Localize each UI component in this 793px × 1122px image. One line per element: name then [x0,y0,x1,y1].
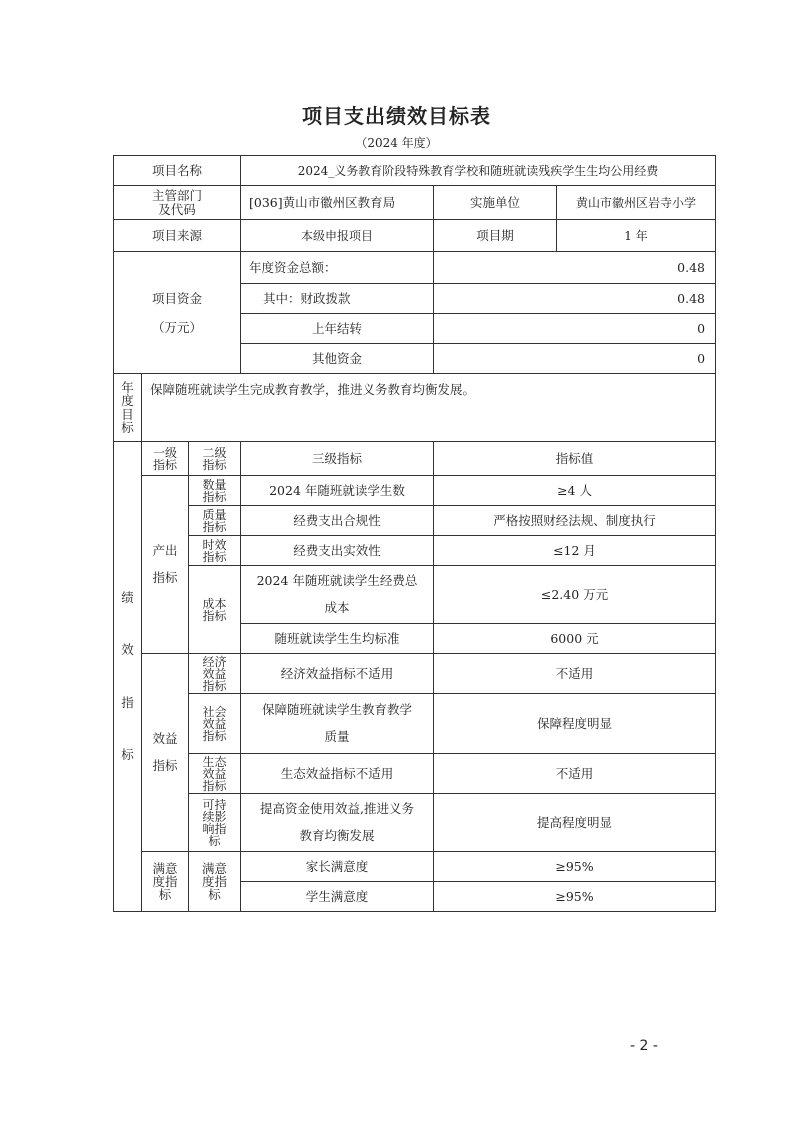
funds-row-label: 上年结转 [241,314,434,344]
impl-value: 黄山市徽州区岩寺小学 [557,186,716,220]
value-cell: 严格按照财经法规、制度执行 [434,506,716,536]
l3-cell: 家长满意度 [241,852,434,882]
l3-cell: 经费支出实效性 [241,536,434,566]
value-cell: 不适用 [434,754,716,794]
period-label: 项目期 [434,220,557,252]
value-cell: ≤12 月 [434,536,716,566]
funds-label: 项目资金 （万元） [114,252,241,374]
funds-label-line2: （万元） [117,320,237,335]
l3-cell: 经济效益指标不适用 [241,654,434,694]
l2-quantity: 数量指标 [189,476,241,506]
value-cell: 保障程度明显 [434,694,716,754]
funds-row-label: 年度资金总额： [241,252,434,284]
value-cell: ≥95% [434,852,716,882]
l3-cell: 2024 年随班就读学生数 [241,476,434,506]
document-subtitle: （2024 年度） [0,134,793,151]
output-indicator-label: 产出指标 [142,476,189,654]
impl-label: 实施单位 [434,186,557,220]
goal-text: 保障随班就读学生完成教育教学，推进义务教育均衡发展。 [142,374,716,442]
document-title: 项目支出绩效目标表 [0,100,793,129]
funds-row-label: 其中：财政拨款 [241,284,434,314]
header-l1: 一级指标 [142,442,189,476]
benefit-indicator-label: 效益指标 [142,654,189,852]
value-cell: 6000 元 [434,624,716,654]
satisfaction-indicator-label: 满意度指标 [142,852,189,912]
l3-cell: 学生满意度 [241,882,434,912]
l2-ecological: 生态效益指标 [189,754,241,794]
l2-timeliness: 时效指标 [189,536,241,566]
header-l3: 三级指标 [241,442,434,476]
value-cell: ≤2.40 万元 [434,566,716,624]
goal-label: 年度目标 [114,374,142,442]
project-name-value: 2024_义务教育阶段特殊教育学校和随班就读残疾学生生均公用经费 [241,156,716,186]
l3-cell: 提高资金使用效益,推进义务教育均衡发展 [241,794,434,852]
l3-cell: 2024 年随班就读学生经费总成本 [241,566,434,624]
l2-quality: 质量指标 [189,506,241,536]
header-value: 指标值 [434,442,716,476]
funds-label-line1: 项目资金 [117,291,237,306]
funds-row-value: 0 [434,314,716,344]
l3-cell: 生态效益指标不适用 [241,754,434,794]
dept-value: [036]黄山市徽州区教育局 [241,186,434,220]
value-cell: 提高程度明显 [434,794,716,852]
l3-cell: 随班就读学生生均标准 [241,624,434,654]
period-value: 1 年 [557,220,716,252]
page-number: - 2 - [630,1038,658,1054]
funds-row-value: 0 [434,344,716,374]
project-name-label: 项目名称 [114,156,241,186]
l2-sustainable: 可持续影响指标 [189,794,241,852]
header-l2: 二级指标 [189,442,241,476]
l2-satisfaction: 满意度指标 [189,852,241,912]
funds-row-label: 其他资金 [241,344,434,374]
source-label: 项目来源 [114,220,241,252]
value-cell: ≥4 人 [434,476,716,506]
l2-social: 社会效益指标 [189,694,241,754]
l2-economic: 经济效益指标 [189,654,241,694]
l2-cost: 成本指标 [189,566,241,654]
funds-row-value: 0.48 [434,252,716,284]
indicators-section-label: 绩效指标 [114,442,142,912]
funds-row-value: 0.48 [434,284,716,314]
l3-cell: 经费支出合规性 [241,506,434,536]
value-cell: 不适用 [434,654,716,694]
l3-cell: 保障随班就读学生教育教学质量 [241,694,434,754]
dept-label: 主管部门及代码 [114,186,241,220]
value-cell: ≥95% [434,882,716,912]
performance-target-table: 项目名称 2024_义务教育阶段特殊教育学校和随班就读残疾学生生均公用经费 主管… [113,155,716,912]
source-value: 本级申报项目 [241,220,434,252]
